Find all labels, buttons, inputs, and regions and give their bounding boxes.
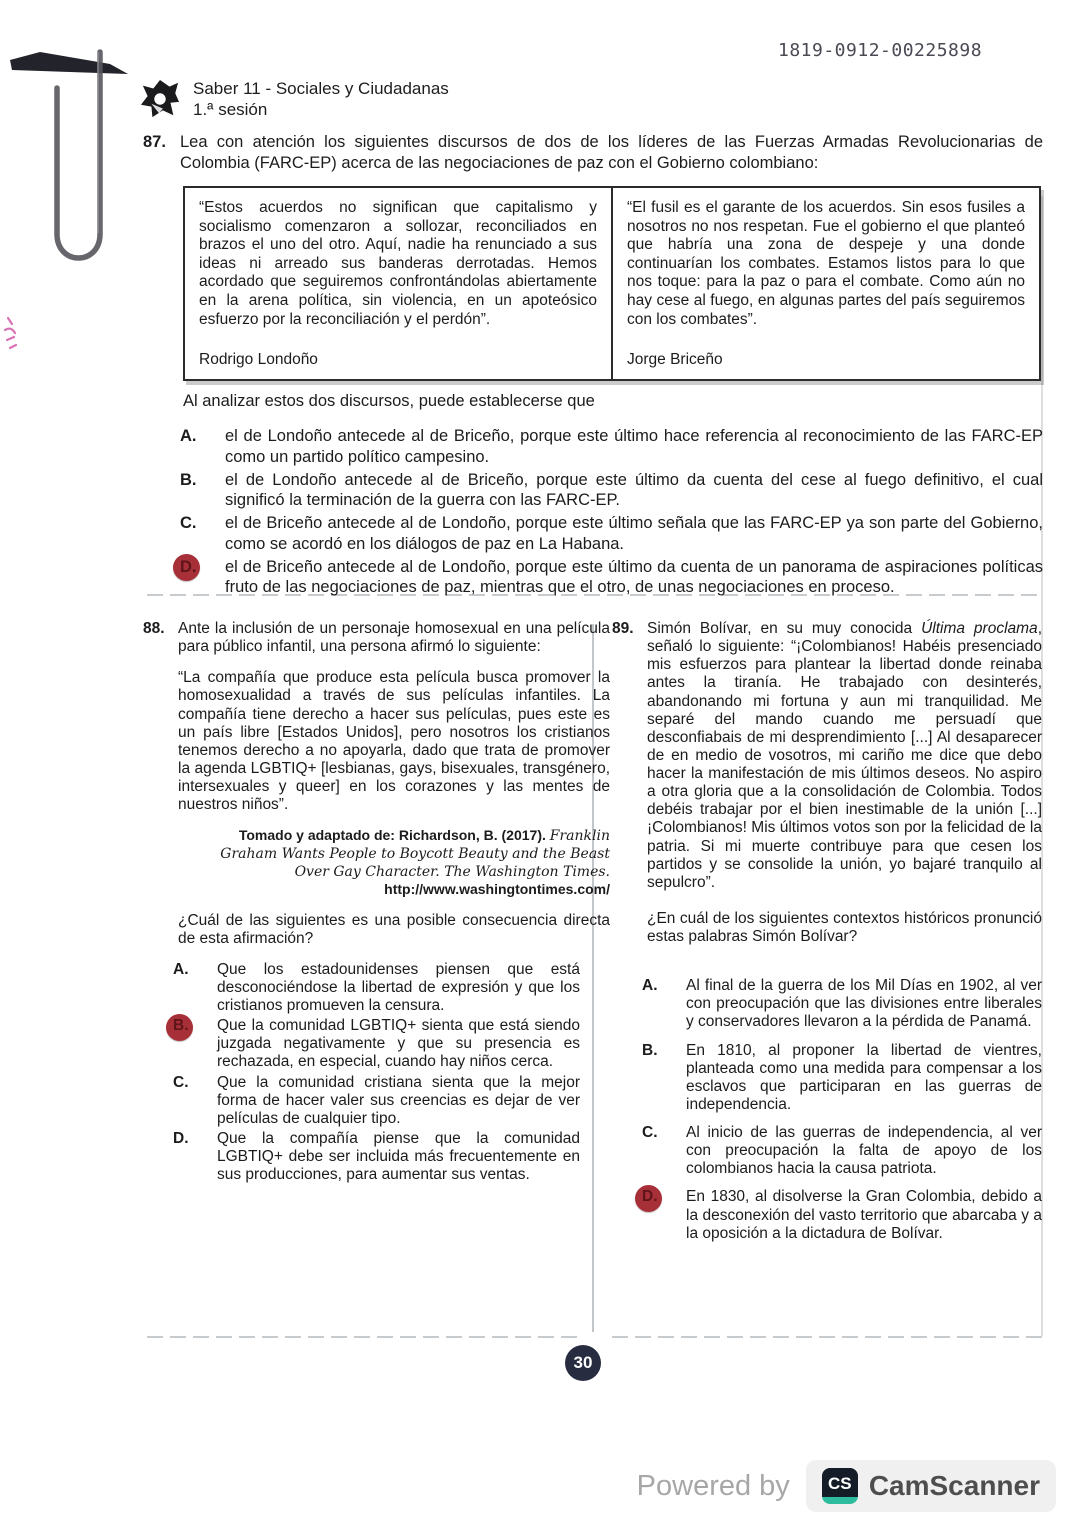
option-89-b-text: En 1810, al proponer la libertad de vien… bbox=[686, 1042, 1042, 1115]
question-88-prompt: Ante la inclusión de un personaje homose… bbox=[178, 620, 610, 656]
option-89-c: C. Al inicio de las guerras de independe… bbox=[612, 1124, 1042, 1178]
quote-text-briceno: “El fusil es el garante de los acuerdos.… bbox=[627, 199, 1025, 329]
option-87-b-letter: B. bbox=[180, 470, 225, 512]
question-89-number: 89. bbox=[612, 620, 647, 959]
prompt-rest: , señaló lo siguiente: “¡Colombianos! Ha… bbox=[647, 620, 1042, 891]
option-89-c-text: Al inicio de las guerras de independenci… bbox=[686, 1124, 1042, 1178]
option-88-c-text: Que la comunidad cristiana sienta que la… bbox=[217, 1074, 580, 1128]
prompt-prefix: Simón Bolívar, en su muy conocida bbox=[647, 620, 921, 637]
saber11-logo-icon bbox=[140, 78, 180, 120]
question-87-number: 87. bbox=[143, 132, 180, 174]
prompt-work-title: Última proclama bbox=[921, 620, 1038, 637]
option-87-c-letter: C. bbox=[180, 513, 225, 555]
option-89-c-letter: C. bbox=[642, 1124, 686, 1178]
option-89-d-letter-answer-mark: D. bbox=[642, 1188, 686, 1242]
question-88-citation: Tomado y adaptado de: Richardson, B. (20… bbox=[220, 827, 610, 898]
option-88-c: C. Que la comunidad cristiana sienta que… bbox=[143, 1074, 580, 1128]
option-89-a-text: Al final de la guerra de los Mil Días en… bbox=[686, 977, 1042, 1031]
option-87-c-text: el de Briceño antecede al de Londoño, po… bbox=[225, 513, 1043, 555]
question-87: 87. Lea con atención los siguientes disc… bbox=[143, 132, 1043, 174]
page-number-badge: 30 bbox=[565, 1345, 601, 1381]
option-87-d-marked: D. el de Briceño antecede al de Londoño,… bbox=[143, 557, 1043, 599]
question-88: 88. Ante la inclusión de un personaje ho… bbox=[143, 620, 580, 1186]
option-88-d-text: Que la compañía piense que la comunidad … bbox=[217, 1130, 580, 1184]
question-89: 89. Simón Bolívar, en su muy conocida Úl… bbox=[612, 620, 1042, 1253]
option-88-a: A. Que los estadounidenses piensen que e… bbox=[143, 961, 580, 1015]
quote-text-londono: “Estos acuerdos no significan que capita… bbox=[199, 199, 597, 329]
question-87-options: A. el de Londoño antecede al de Briceño,… bbox=[143, 426, 1043, 600]
question-88-quote: “La compañía que produce esta película b… bbox=[178, 669, 610, 814]
camscanner-icon: CS bbox=[822, 1468, 858, 1504]
quote-author-briceno: Jorge Briceño bbox=[627, 351, 1025, 370]
question-89-prompt: Simón Bolívar, en su muy conocida Última… bbox=[647, 620, 1042, 892]
option-89-d-text: En 1830, al disolverse la Gran Colombia,… bbox=[686, 1188, 1042, 1242]
camscanner-footer: Powered by CS CamScanner bbox=[637, 1460, 1056, 1512]
question-88-number: 88. bbox=[143, 620, 178, 961]
option-88-d-letter: D. bbox=[173, 1130, 217, 1184]
option-88-d: D. Que la compañía piense que la comunid… bbox=[143, 1130, 580, 1184]
quote-author-londono: Rodrigo Londoño bbox=[199, 351, 597, 370]
option-89-a: A. Al final de la guerra de los Mil Días… bbox=[612, 977, 1042, 1031]
option-87-d-letter-answer-mark: D. bbox=[180, 557, 225, 599]
option-87-a-text: el de Londoño antecede al de Briceño, po… bbox=[225, 426, 1043, 468]
option-87-c: C. el de Briceño antecede al de Londoño,… bbox=[143, 513, 1043, 555]
scan-code: 1819-0912-00225898 bbox=[778, 40, 982, 61]
pink-smudge bbox=[2, 312, 32, 357]
option-89-b: B. En 1810, al proponer la libertad de v… bbox=[612, 1042, 1042, 1115]
question-87-prompt: Lea con atención los siguientes discurso… bbox=[180, 132, 1043, 174]
option-88-a-letter: A. bbox=[173, 961, 217, 1015]
citation-source: Tomado y adaptado de: Richardson, B. (20… bbox=[239, 827, 546, 843]
option-87-b: B. el de Londoño antecede al de Briceño,… bbox=[143, 470, 1043, 512]
option-88-c-letter: C. bbox=[173, 1074, 217, 1128]
exam-header: Saber 11 - Sociales y Ciudadanas 1.ª ses… bbox=[140, 78, 449, 121]
exam-session: 1.ª sesión bbox=[193, 99, 449, 120]
citation-url: http://www.washingtontimes.com/ bbox=[220, 881, 610, 898]
option-87-a: A. el de Londoño antecede al de Briceño,… bbox=[143, 426, 1043, 468]
option-89-a-letter: A. bbox=[642, 977, 686, 1031]
powered-by-label: Powered by bbox=[637, 1470, 790, 1503]
question-89-stem: ¿En cuál de los siguientes contextos his… bbox=[647, 910, 1042, 946]
option-87-a-letter: A. bbox=[180, 426, 225, 468]
column-bottom-line-right bbox=[612, 1336, 1042, 1338]
option-87-b-text: el de Londoño antecede al de Briceño, po… bbox=[225, 470, 1043, 512]
camscanner-badge: CS CamScanner bbox=[806, 1460, 1056, 1512]
column-bottom-line-left bbox=[147, 1336, 577, 1338]
paperclip bbox=[30, 44, 150, 284]
camscanner-brand-name: CamScanner bbox=[869, 1470, 1040, 1502]
option-89-d-marked: D. En 1830, al disolverse la Gran Colomb… bbox=[612, 1188, 1042, 1242]
option-89-b-letter: B. bbox=[642, 1042, 686, 1115]
option-88-b-letter-answer-mark: B. bbox=[173, 1017, 217, 1071]
question-88-stem: ¿Cuál de las siguientes es una posible c… bbox=[178, 912, 610, 948]
camscanner-icon-letters: CS bbox=[828, 1474, 852, 1494]
option-88-b-text: Que la comunidad LGBTIQ+ sienta que está… bbox=[217, 1017, 580, 1071]
quote-cell-londono: “Estos acuerdos no significan que capita… bbox=[185, 188, 611, 379]
exam-title: Saber 11 - Sociales y Ciudadanas bbox=[193, 78, 449, 99]
option-88-b-marked: B. Que la comunidad LGBTIQ+ sienta que e… bbox=[143, 1017, 580, 1071]
option-88-a-text: Que los estadounidenses piensen que está… bbox=[217, 961, 580, 1015]
question-87-quote-table: “Estos acuerdos no significan que capita… bbox=[183, 186, 1041, 381]
quote-cell-briceno: “El fusil es el garante de los acuerdos.… bbox=[611, 188, 1039, 379]
question-87-stem: Al analizar estos dos discursos, puede e… bbox=[183, 392, 1043, 411]
option-87-d-text: el de Briceño antecede al de Londoño, po… bbox=[225, 557, 1043, 599]
